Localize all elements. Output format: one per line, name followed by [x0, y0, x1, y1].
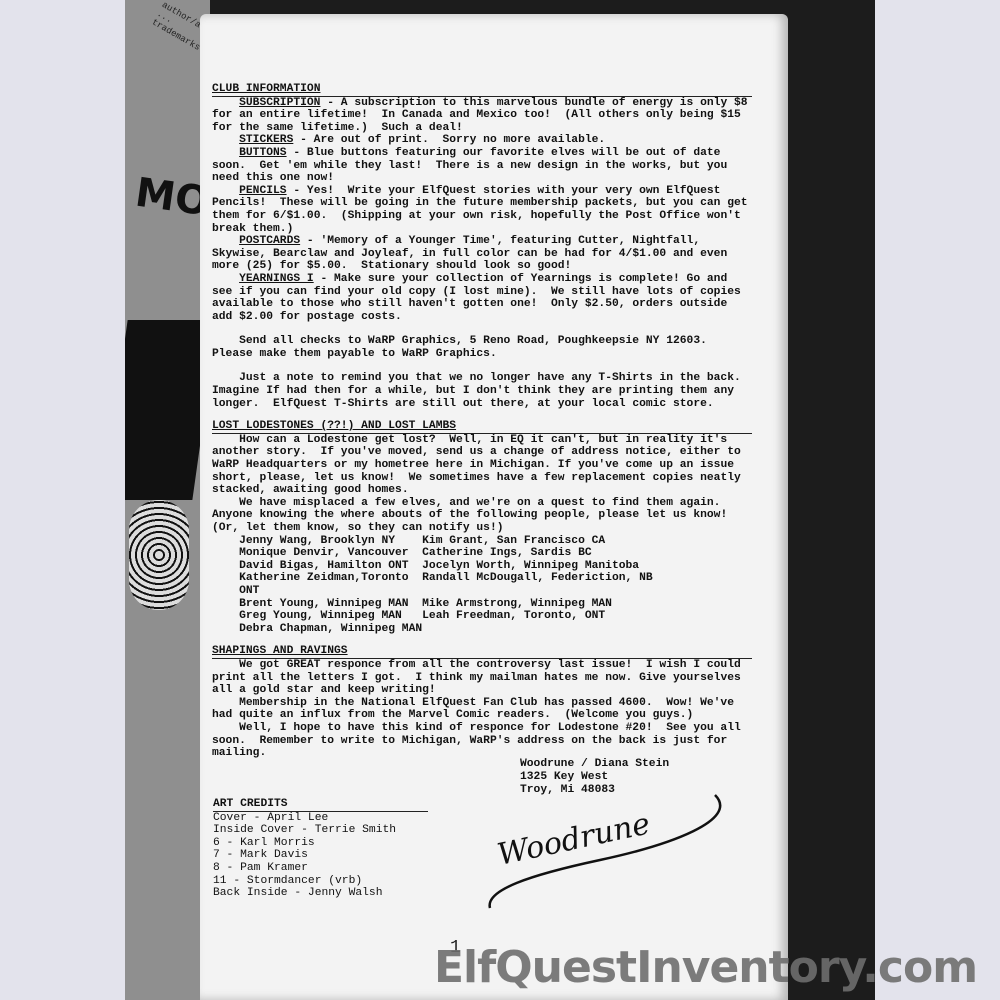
club-item: BUTTONS - Blue buttons featuring our fav…: [212, 147, 752, 185]
missing-person: Randall McDougall, Federiction, NB: [422, 572, 752, 597]
newsletter-body: CLUB INFORMATION SUBSCRIPTION - A subscr…: [212, 83, 752, 760]
art-credit-item: Cover - April Lee: [213, 812, 428, 825]
missing-person: [422, 623, 752, 636]
art-credit-item: 8 - Pam Kramer: [213, 862, 428, 875]
club-item: POSTCARDS - 'Memory of a Younger Time', …: [212, 235, 752, 273]
lost-paragraph-2: We have misplaced a few elves, and we're…: [212, 497, 752, 535]
comic-pattern-art: [129, 500, 189, 610]
club-item-text: - Are out of print. Sorry no more availa…: [293, 134, 605, 146]
comic-ink-art: [125, 320, 210, 500]
section-heading-club-information: CLUB INFORMATION: [212, 83, 752, 97]
adjacent-comic-page: author/artist ... trademarks MOMM: [125, 0, 210, 1000]
missing-person: Leah Freedman, Toronto, ONT: [422, 610, 752, 623]
club-item-label: PENCILS: [239, 185, 286, 197]
background-right: [875, 0, 1000, 1000]
club-item: YEARNINGS I - Make sure your collection …: [212, 273, 752, 323]
missing-people-list: Jenny Wang, Brooklyn NYKim Grant, San Fr…: [212, 535, 752, 636]
club-item-label: STICKERS: [239, 134, 293, 146]
watermark: ElfQuestInventory.com: [434, 942, 977, 993]
club-item-label: BUTTONS: [239, 147, 286, 159]
art-credit-item: 7 - Mark Davis: [213, 849, 428, 862]
shapings-paragraph-3: Well, I hope to have this kind of respon…: [212, 722, 752, 760]
signoff-street: 1325 Key West: [520, 771, 669, 784]
art-credit-item: 6 - Karl Morris: [213, 837, 428, 850]
missing-person: Mike Armstrong, Winnipeg MAN: [422, 598, 752, 611]
missing-person: Catherine Ings, Sardis BC: [422, 547, 752, 560]
section-heading-shapings: SHAPINGS AND RAVINGS: [212, 645, 752, 659]
missing-person: David Bigas, Hamilton ONT: [239, 560, 422, 573]
missing-person: Brent Young, Winnipeg MAN: [239, 598, 422, 611]
art-credits-heading: ART CREDITS: [213, 798, 428, 812]
club-item-label: POSTCARDS: [239, 235, 300, 247]
lost-paragraph-1: How can a Lodestone get lost? Well, in E…: [212, 434, 752, 497]
section-heading-lost-lodestones: LOST LODESTONES (??!) AND LOST LAMBS: [212, 420, 752, 434]
missing-person: Debra Chapman, Winnipeg MAN: [239, 623, 422, 636]
club-item: PENCILS - Yes! Write your ElfQuest stori…: [212, 185, 752, 235]
art-credit-item: 11 - Stormdancer (vrb): [213, 875, 428, 888]
art-credit-item: Inside Cover - Terrie Smith: [213, 824, 428, 837]
svg-text:Woodrune: Woodrune: [494, 806, 653, 872]
club-item: SUBSCRIPTION - A subscription to this ma…: [212, 97, 752, 135]
shapings-paragraph-2: Membership in the National ElfQuest Fan …: [212, 697, 752, 722]
missing-person: Katherine Zeidman,Toronto ONT: [239, 572, 422, 597]
missing-person: Monique Denvir, Vancouver: [239, 547, 422, 560]
handwritten-signature: Woodrune: [470, 790, 730, 910]
club-item-label: YEARNINGS I: [239, 273, 314, 285]
missing-person: Greg Young, Winnipeg MAN: [239, 610, 422, 623]
shapings-paragraph-1: We got GREAT responce from all the contr…: [212, 659, 752, 697]
comic-sfx-text: MOMM: [133, 170, 210, 237]
signoff-name: Woodrune / Diana Stein: [520, 758, 669, 771]
art-credits: ART CREDITS Cover - April LeeInside Cove…: [213, 798, 428, 900]
art-credits-list: Cover - April LeeInside Cover - Terrie S…: [213, 812, 428, 900]
missing-person: Kim Grant, San Francisco CA: [422, 535, 752, 548]
club-items: SUBSCRIPTION - A subscription to this ma…: [212, 97, 752, 324]
checks-paragraph: Send all checks to WaRP Graphics, 5 Reno…: [212, 335, 752, 360]
club-item-text: - Yes! Write your ElfQuest stories with …: [212, 185, 754, 235]
missing-person: Jocelyn Worth, Winnipeg Manitoba: [422, 560, 752, 573]
club-item-text: - Blue buttons featuring our favorite el…: [212, 147, 734, 184]
art-credit-item: Back Inside - Jenny Walsh: [213, 887, 428, 900]
club-item-label: SUBSCRIPTION: [239, 97, 320, 109]
tshirts-paragraph: Just a note to remind you that we no lon…: [212, 372, 752, 410]
club-item: STICKERS - Are out of print. Sorry no mo…: [212, 134, 752, 147]
background-left: [0, 0, 125, 1000]
missing-person: Jenny Wang, Brooklyn NY: [239, 535, 422, 548]
